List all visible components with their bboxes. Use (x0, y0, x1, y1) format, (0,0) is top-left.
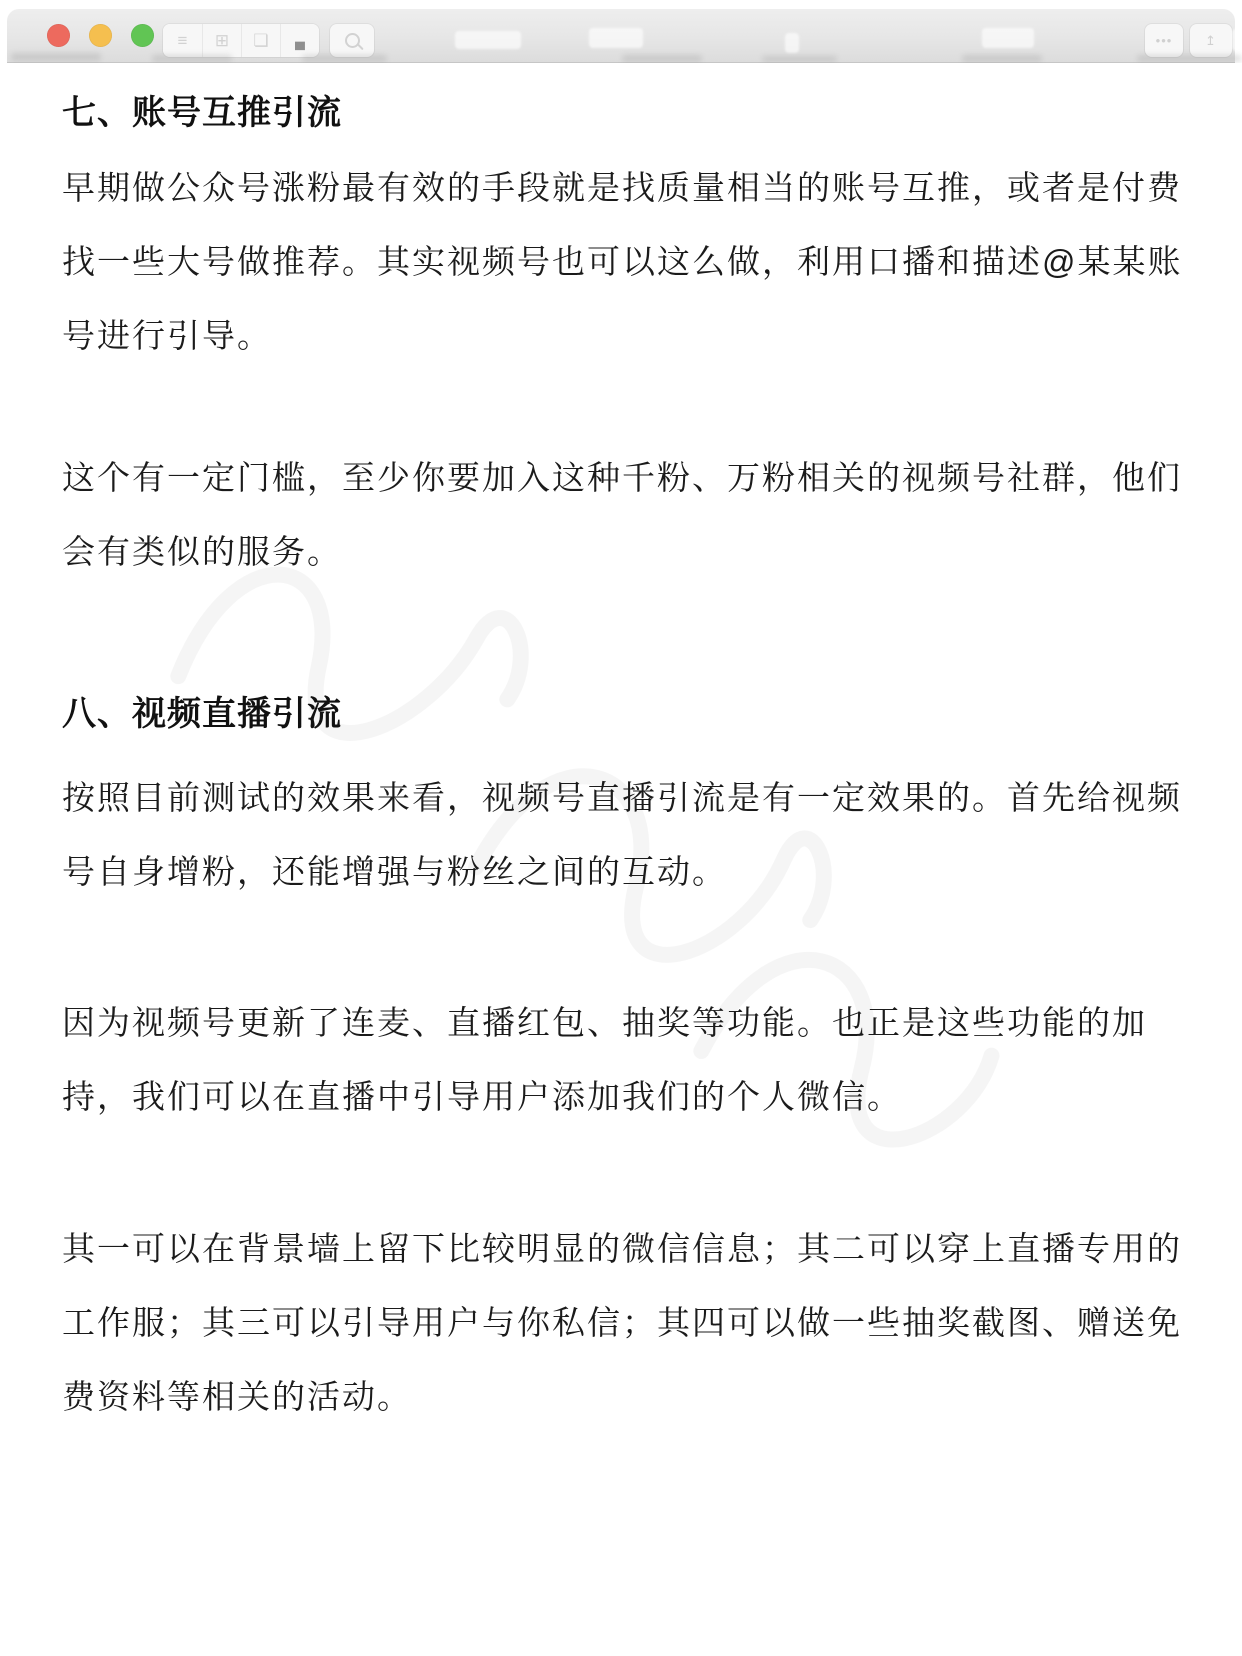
more-button[interactable]: ••• (1145, 24, 1183, 57)
toolbar-artifact (1137, 55, 1242, 62)
screenshot-root: { "toolbar": { "traffic_lights": { "clos… (0, 0, 1242, 1656)
browser-toolbar: ≡ ⊞ ❏ ▄ ••• ↥ (7, 9, 1235, 63)
toolbar-button-group: ≡ ⊞ ❏ ▄ (163, 24, 319, 57)
paragraph: 早期做公众号涨粉最有效的手段就是找质量相当的账号互推，或者是付费 找一些大号做推… (62, 151, 1192, 373)
text-line: 持，我们可以在直播中引导用户添加我们的个人微信。 (62, 1060, 1192, 1134)
text-line: 工作服；其三可以引导用户与你私信；其四可以做一些抽奖截图、赠送免 (62, 1286, 1192, 1360)
more-icon: ••• (1156, 33, 1173, 48)
toolbar-artifact (622, 55, 702, 62)
text-line: 其一可以在背景墙上留下比较明显的微信信息；其二可以穿上直播专用的 (62, 1212, 1192, 1286)
tabs-icon: ⊞ (215, 32, 229, 49)
toolbar-artifact (962, 55, 1042, 62)
toolbar-artifact (762, 56, 837, 62)
share-icon: ↥ (1205, 33, 1217, 49)
text-line: 会有类似的服务。 (62, 515, 1192, 589)
paragraph: 按照目前测试的效果来看，视频号直播引流是有一定效果的。首先给视频 号自身增粉，还… (62, 761, 1192, 909)
paragraph: 这个有一定门槛，至少你要加入这种千粉、万粉相关的视频号社群，他们 会有类似的服务… (62, 441, 1192, 589)
maximize-window-button[interactable] (131, 24, 154, 47)
reader-button[interactable]: ❏ (241, 24, 280, 57)
share-button[interactable]: ↥ (1190, 24, 1232, 57)
toolbar-artifact (11, 53, 101, 61)
text-line: 这个有一定门槛，至少你要加入这种千粉、万粉相关的视频号社群，他们 (62, 441, 1192, 515)
text-line: 因为视频号更新了连麦、直播红包、抽奖等功能。也正是这些功能的加 (62, 986, 1192, 1060)
search-icon (345, 33, 360, 48)
text-line: 早期做公众号涨粉最有效的手段就是找质量相当的账号互推，或者是付费 (62, 151, 1192, 225)
toolbar-artifact (589, 28, 643, 48)
downloads-button[interactable]: ▄ (280, 24, 319, 57)
document-page: 七、账号互推引流 早期做公众号涨粉最有效的手段就是找质量相当的账号互推，或者是付… (0, 63, 1242, 1656)
section-2-heading: 八、视频直播引流 (62, 692, 342, 736)
toolbar-artifact (785, 33, 799, 53)
text-line: 找一些大号做推荐。其实视频号也可以这么做，利用口播和描述@某某账 (62, 225, 1192, 299)
search-button[interactable] (330, 24, 374, 57)
toolbar-artifact (982, 28, 1034, 48)
close-window-button[interactable] (47, 24, 70, 47)
reader-icon: ❏ (253, 32, 268, 49)
text-line: 费资料等相关的活动。 (62, 1360, 1192, 1434)
paragraph: 其一可以在背景墙上留下比较明显的微信信息；其二可以穿上直播专用的 工作服；其三可… (62, 1212, 1192, 1434)
minimize-window-button[interactable] (89, 24, 112, 47)
sidebar-icon: ≡ (178, 32, 188, 49)
toolbar-artifact (302, 55, 387, 62)
toolbar-artifact (152, 55, 232, 62)
sidebar-button[interactable]: ≡ (163, 24, 202, 57)
text-line: 号进行引导。 (62, 299, 1192, 373)
text-line: 按照目前测试的效果来看，视频号直播引流是有一定效果的。首先给视频 (62, 761, 1192, 835)
paragraph: 因为视频号更新了连麦、直播红包、抽奖等功能。也正是这些功能的加 持，我们可以在直… (62, 986, 1192, 1134)
toolbar-artifact (1232, 29, 1242, 51)
text-line: 号自身增粉，还能增强与粉丝之间的互动。 (62, 835, 1192, 909)
downloads-icon: ▄ (295, 34, 305, 48)
toolbar-artifact (455, 31, 521, 49)
tab-overview-button[interactable]: ⊞ (202, 24, 241, 57)
section-1-heading: 七、账号互推引流 (62, 91, 342, 135)
